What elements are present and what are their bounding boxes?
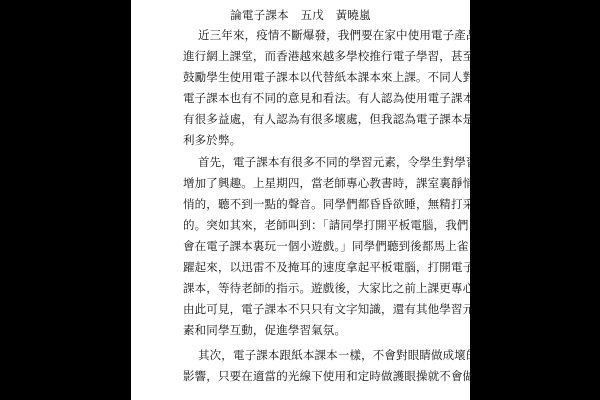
paragraph-1-line-5: 有很多益處，有人認為有很多壞處，但我認為電子課本是 [183,112,470,126]
paragraph-1-line-2: 進行網上課堂，而香港越來越多學校推行電子學習，甚至 [183,49,470,63]
paragraph-1-line-6: 利多於弊。 [183,133,241,147]
paragraph-1-line-1: 近三年來，疫情不斷爆發，我們要在家中使用電子產品 [198,28,470,42]
paragraph-1-line-3: 鼓勵學生使用電子課本以代替紙本課本來上課。不同人對 [183,70,470,84]
paragraph-2-line-6: 躍起來，以迅雷不及掩耳的速度拿起平板電腦，打開電子 [183,260,470,274]
essay-title: 論電子課本 五戊 黃曉嵐 [131,8,470,22]
document-page: 論電子課本 五戊 黃曉嵐 近三年來，疫情不斷爆發，我們要在家中使用電子產品 進行… [131,0,470,400]
paragraph-2-line-9: 素和同學互動，促進學習氣氛。 [183,323,346,337]
paragraph-2-line-3: 悄的，聽不到一點的聲音。同學們都昏昏欲睡，無精打采 [183,197,470,211]
paragraph-2-line-2: 增加了興趣。上星期四，當老師專心教書時，課室裏靜悄 [183,176,470,190]
paragraph-3-line-2: 影響，只要在適當的光線下使用和定時做護眼操就不會做 [183,369,470,383]
paragraph-2-line-1: 首先，電子課本有很多不同的學習元素，令學生對學習 [198,155,470,169]
paragraph-2-line-4: 的。突如其來，老師叫到：「請同學打開平板電腦，我們 [183,218,469,232]
document-viewer: 論電子課本 五戊 黃曉嵐 近三年來，疫情不斷爆發，我們要在家中使用電子產品 進行… [0,0,600,400]
paragraph-2-line-7: 課本，等待老師的指示。遊戲後，大家比之前上課更專心。 [183,281,470,295]
paragraph-3-line-1: 其次，電子課本跟紙本課本一樣，不會對眼睛做成壞的 [198,348,470,362]
paragraph-1-line-4: 電子課本也有不同的意見和看法。有人認為使用電子課本 [183,91,470,105]
paragraph-2-line-8: 由此可見，電子課本不只只有文字知識，還有其他學習元 [183,302,470,316]
paragraph-2-line-5: 會在電子課本裏玩一個小遊戲。」同學們聽到後都馬上雀 [183,239,469,253]
